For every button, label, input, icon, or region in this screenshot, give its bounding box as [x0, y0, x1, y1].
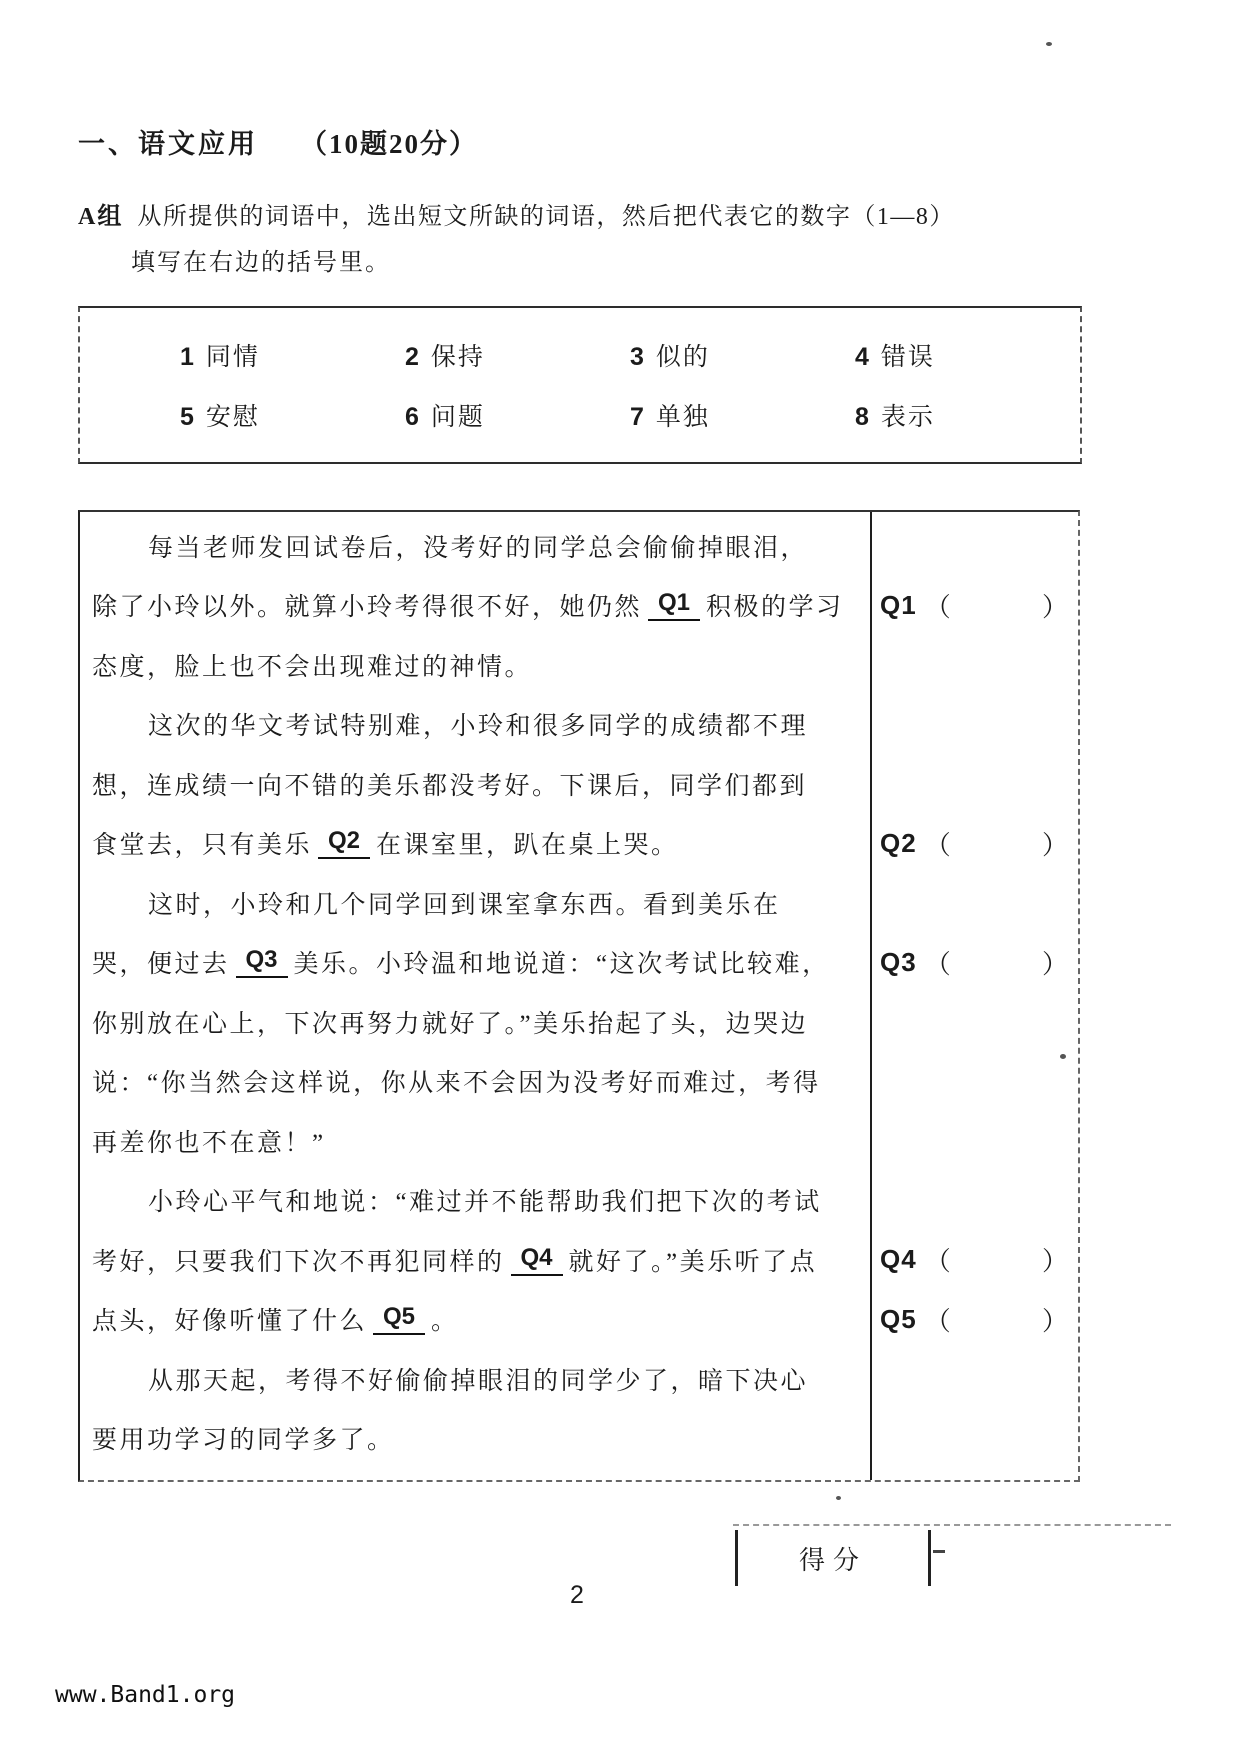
passage-segment: 在课室里，趴在桌上哭。 [376, 825, 679, 861]
word-option-text: 错误 [881, 344, 935, 371]
passage-segment: 积极的学习 [706, 587, 844, 623]
blank-q2: Q2 [318, 827, 370, 859]
answer-bracket-open: （ [925, 825, 951, 862]
answer-bracket-open: （ [925, 944, 951, 981]
answer-label: Q1 [880, 590, 917, 621]
answer-column-divider [870, 512, 872, 1480]
passage-segment: 。 [431, 1301, 459, 1337]
passage-line-13: 考好，只要我们下次不再犯同样的Q4就好了。”美乐听了点 [92, 1230, 864, 1290]
answer-bracket-close: ） [1042, 587, 1068, 624]
passage-segment: 考好，只要我们下次不再犯同样的 [92, 1242, 505, 1278]
exam-page: 一、语文应用 （10题20分） A组 从所提供的词语中，选出短文所缺的词语，然后… [0, 0, 1239, 1754]
word-bank: 1同情2保持3似的4错误5安慰6问题7单独8表示 [78, 306, 1082, 464]
instructions-text1: 从所提供的词语中，选出短文所缺的词语，然后把代表它的数字（1—8） [137, 196, 955, 231]
word-option-number: 6 [405, 403, 421, 431]
score-label: 得分 [799, 1540, 867, 1577]
blank-q5: Q5 [373, 1303, 425, 1335]
section-title: 一、语文应用 （10题20分） [78, 122, 478, 161]
word-option-text: 保持 [431, 344, 485, 371]
passage-segment: 说：“你当然会这样说，你从来不会因为没考好而难过，考得 [92, 1063, 821, 1099]
score-box-tick [933, 1550, 945, 1553]
passage-line-9: 你别放在心上，下次再努力就好了。”美乐抬起了头，边哭边 [92, 992, 864, 1052]
word-option-text: 表示 [881, 404, 935, 431]
answer-bracket-open: （ [925, 1301, 951, 1338]
word-option-1: 1同情 [180, 337, 405, 373]
word-option-number: 2 [405, 343, 421, 371]
word-option-4: 4错误 [855, 337, 1080, 373]
blank-q1: Q1 [648, 589, 700, 621]
passage-line-1: 每当老师发回试卷后，没考好的同学总会偷偷掉眼泪， [92, 516, 864, 576]
passage-segment: 再差你也不在意！” [92, 1123, 326, 1159]
passage-segment: 每当老师发回试卷后，没考好的同学总会偷偷掉眼泪， [148, 528, 808, 564]
word-option-7: 7单独 [630, 397, 855, 433]
passage-line-8: 哭，便过去Q3美乐。小玲温和地说道：“这次考试比较难， [92, 933, 864, 993]
watermark-text: www.Band1.org [55, 1682, 235, 1708]
passage-segment: 这次的华文考试特别难，小玲和很多同学的成绩都不理 [148, 706, 808, 742]
blank-q3: Q3 [236, 946, 288, 978]
passage-segment: 这时，小玲和几个同学回到课室拿东西。看到美乐在 [148, 885, 781, 921]
word-option-5: 5安慰 [180, 397, 405, 433]
page-number: 2 [570, 1581, 585, 1610]
passage-line-11: 再差你也不在意！” [92, 1111, 864, 1171]
word-option-text: 同情 [206, 344, 260, 371]
passage-line-6: 食堂去，只有美乐Q2在课室里，趴在桌上哭。 [92, 814, 864, 874]
answer-label: Q5 [880, 1304, 917, 1335]
word-option-8: 8表示 [855, 397, 1080, 433]
passage-text: 每当老师发回试卷后，没考好的同学总会偷偷掉眼泪，除了小玲以外。就算小玲考得很不好… [92, 516, 864, 1468]
word-option-text: 问题 [431, 404, 485, 431]
passage-line-15: 从那天起，考得不好偷偷掉眼泪的同学少了，暗下决心 [92, 1349, 864, 1409]
group-label: A组 [78, 196, 123, 231]
passage-segment: 就好了。”美乐听了点 [569, 1242, 818, 1278]
answer-label: Q3 [880, 947, 917, 978]
score-label-cell: 得分 [735, 1530, 931, 1586]
word-option-text: 似的 [656, 344, 710, 371]
instructions-line1: A组 从所提供的词语中，选出短文所缺的词语，然后把代表它的数字（1—8） [78, 196, 1218, 231]
passage-segment: 你别放在心上，下次再努力就好了。”美乐抬起了头，边哭边 [92, 1004, 808, 1040]
passage-segment: 除了小玲以外。就算小玲考得很不好，她仍然 [92, 587, 642, 623]
answer-row-q4: Q4（） [880, 1230, 1076, 1290]
passage-segment: 食堂去，只有美乐 [92, 825, 312, 861]
section-points: （10题20分） [300, 122, 478, 161]
answer-row-q1: Q1（） [880, 576, 1076, 636]
word-option-6: 6问题 [405, 397, 630, 433]
passage-segment: 要用功学习的同学多了。 [92, 1420, 395, 1456]
passage-line-7: 这时，小玲和几个同学回到课室拿东西。看到美乐在 [92, 873, 864, 933]
answer-bracket-close: ） [1042, 944, 1068, 981]
scan-speck [1046, 42, 1052, 46]
answer-bracket-close: ） [1042, 1301, 1068, 1338]
passage-line-12: 小玲心平气和地说：“难过并不能帮助我们把下次的考试 [92, 1171, 864, 1231]
passage-segment: 点头，好像听懂了什么 [92, 1301, 367, 1337]
word-option-2: 2保持 [405, 337, 630, 373]
answer-row-q5: Q5（） [880, 1290, 1076, 1350]
word-option-text: 安慰 [206, 404, 260, 431]
answer-label: Q4 [880, 1244, 917, 1275]
passage-segment: 想，连成绩一向不错的美乐都没考好。下课后，同学们都到 [92, 766, 807, 802]
passage-line-3: 态度，脸上也不会出现难过的神情。 [92, 635, 864, 695]
section-title-text: 语文应用 [138, 122, 258, 161]
answer-bracket-open: （ [925, 1241, 951, 1278]
score-box: 得分 [733, 1524, 1171, 1584]
answer-bracket-open: （ [925, 587, 951, 624]
passage-line-2: 除了小玲以外。就算小玲考得很不好，她仍然Q1积极的学习 [92, 576, 864, 636]
passage-segment: 态度，脸上也不会出现难过的神情。 [92, 647, 532, 683]
word-option-3: 3似的 [630, 337, 855, 373]
scan-speck [1060, 1054, 1066, 1059]
answer-bracket-close: ） [1042, 1241, 1068, 1278]
passage-line-5: 想，连成绩一向不错的美乐都没考好。下课后，同学们都到 [92, 754, 864, 814]
scan-speck [836, 1496, 841, 1500]
passage-line-10: 说：“你当然会这样说，你从来不会因为没考好而难过，考得 [92, 1052, 864, 1112]
answer-row-q3: Q3（） [880, 933, 1076, 993]
answer-label: Q2 [880, 828, 917, 859]
answer-bracket-close: ） [1042, 825, 1068, 862]
passage-segment: 从那天起，考得不好偷偷掉眼泪的同学少了，暗下决心 [148, 1361, 808, 1397]
passage-line-16: 要用功学习的同学多了。 [92, 1409, 864, 1469]
section-number: 一、 [78, 122, 138, 161]
passage-box: 每当老师发回试卷后，没考好的同学总会偷偷掉眼泪，除了小玲以外。就算小玲考得很不好… [78, 510, 1080, 1482]
answer-row-q2: Q2（） [880, 814, 1076, 874]
passage-line-4: 这次的华文考试特别难，小玲和很多同学的成绩都不理 [92, 695, 864, 755]
passage-segment: 哭，便过去 [92, 944, 230, 980]
passage-line-14: 点头，好像听懂了什么Q5。 [92, 1290, 864, 1350]
word-option-text: 单独 [656, 404, 710, 431]
passage-segment: 小玲心平气和地说：“难过并不能帮助我们把下次的考试 [148, 1182, 822, 1218]
word-option-number: 7 [630, 403, 646, 431]
instructions-line2: 填写在右边的括号里。 [131, 242, 391, 277]
blank-q4: Q4 [511, 1244, 563, 1276]
passage-segment: 美乐。小玲温和地说道：“这次考试比较难， [294, 944, 830, 980]
word-option-number: 1 [180, 343, 196, 371]
word-option-number: 5 [180, 403, 196, 431]
word-option-number: 3 [630, 343, 646, 371]
word-option-number: 8 [855, 403, 871, 431]
word-option-number: 4 [855, 343, 871, 371]
